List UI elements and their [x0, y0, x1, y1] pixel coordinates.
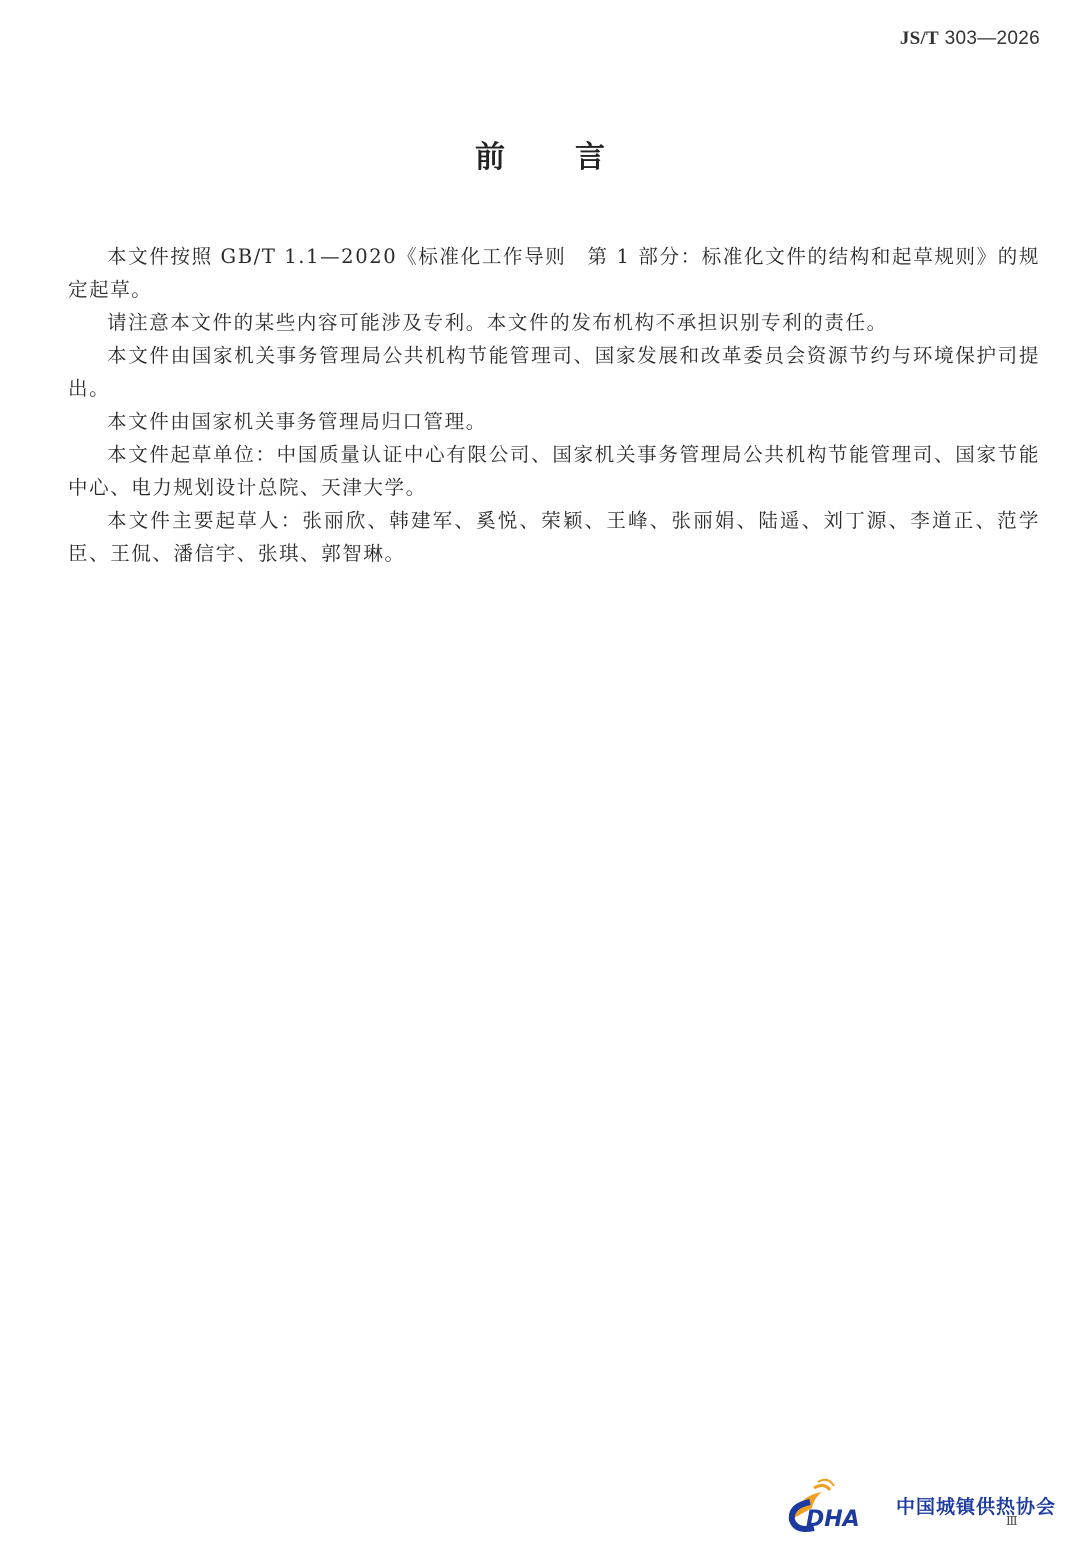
cdha-logo-icon: DHA [784, 1478, 884, 1533]
paragraph-drafters: 本文件主要起草人：张丽欣、韩建军、奚悦、荣颖、王峰、张丽娟、陆遥、刘丁源、李道正… [68, 504, 1040, 570]
paragraph-drafting-units: 本文件起草单位：中国质量认证中心有限公司、国家机关事务管理局公共机构节能管理司、… [68, 438, 1040, 504]
standard-code: JS/T 303—2026 [900, 28, 1040, 50]
paragraph-managed-by: 本文件由国家机关事务管理局归口管理。 [68, 405, 1040, 438]
paragraph-proposed-by: 本文件由国家机关事务管理局公共机构节能管理司、国家发展和改革委员会资源节约与环境… [68, 339, 1040, 405]
title-char-2: 言 [575, 132, 605, 176]
page-title: 前言 [0, 132, 1080, 176]
page-number: Ⅲ [1006, 1514, 1018, 1528]
foreword-body: 本文件按照 GB/T 1.1—2020《标准化工作导则 第 1 部分：标准化文件… [68, 240, 1040, 570]
paragraph-patent-notice: 请注意本文件的某些内容可能涉及专利。本文件的发布机构不承担识别专利的责任。 [68, 306, 1040, 339]
standard-number: 303—2026 [945, 28, 1040, 49]
title-char-1: 前 [475, 132, 505, 176]
logo-abbr: DHA [806, 1507, 860, 1532]
standard-prefix: JS/T [900, 28, 939, 49]
association-name: 中国城镇供热协会 [896, 1492, 1056, 1519]
paragraph-drafting-rules: 本文件按照 GB/T 1.1—2020《标准化工作导则 第 1 部分：标准化文件… [68, 240, 1040, 306]
